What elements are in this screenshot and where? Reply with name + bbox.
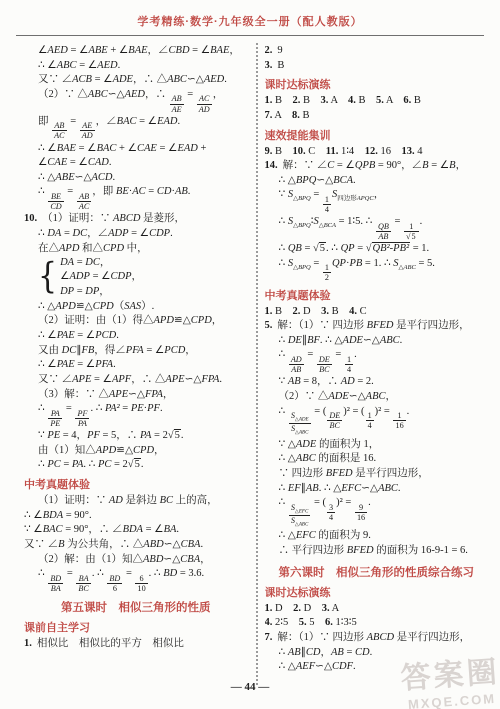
- solution-line: ∴ S△ADES△ABC = (DEBC)² = (14)² = 116.: [279, 405, 489, 437]
- section-header: 课时达标演练: [265, 76, 489, 92]
- answer-line: 1. D 2. D 3. A: [265, 602, 489, 616]
- solution-line: （3）解：∵ △APE∽△FPA，: [38, 388, 248, 402]
- solution-line: ∴ ∠BAE = ∠BAC + ∠CAE = ∠EAD +: [38, 142, 248, 156]
- solution-line: ∴ △APD≌△CPD（SAS）.: [38, 300, 248, 314]
- fraction: QBAB: [376, 222, 391, 241]
- fraction: 14: [323, 195, 331, 214]
- radical: √5: [406, 231, 417, 241]
- lesson-title: 第六课时 相似三角形的性质综合练习: [265, 564, 489, 580]
- answer-line: 1. B 2. D 3. B 4. C: [265, 305, 489, 319]
- solution-line: 5.解：（1）∵ 四边形 BFED 是平行四边形，: [265, 319, 489, 333]
- solution-line: （1）证明：∵ AD 是斜边 BC 上的高，: [38, 494, 248, 508]
- solution-line: （2）∵ △ABC∽△AED，∴ ABAE = ACAD，: [38, 88, 248, 114]
- fraction: AEAD: [80, 121, 95, 140]
- fraction: PAPE: [48, 409, 62, 428]
- watermark-brand: 答案圈: [399, 647, 500, 698]
- fraction: 14: [345, 355, 353, 374]
- book-title: 学考精练·数学·九年级全一册（配人教版）: [0, 0, 500, 29]
- solution-line: ∵ S△BPQ = 14S四边形APQC，: [279, 188, 489, 214]
- left-brace: {: [38, 260, 57, 295]
- solution-line: ∴ DE∥BF. ∴ △ADE∽△ABC.: [279, 334, 489, 348]
- solution-line: ∵ AB = 8，∴ AD = 2.: [279, 375, 489, 389]
- section-header: 课前自主学习: [24, 619, 248, 635]
- equation-line: DA = DC，: [60, 256, 142, 270]
- item-number: 10.: [24, 213, 37, 224]
- solution-line: 10.（1）证明：∵ ABCD 是菱形，: [24, 212, 248, 226]
- solution-line: ∴ PC = PA. ∴ PC = 2√5.: [38, 458, 248, 472]
- answer-line: 3.B: [265, 59, 489, 73]
- solution-line: 又∵ ∠B 为公共角，∴ △ABD∽△CBA.: [24, 538, 248, 552]
- fraction: ABAC: [52, 121, 66, 140]
- fraction: 12: [323, 263, 331, 282]
- fraction: 916: [355, 503, 367, 522]
- fraction: S△ADES△ABC: [289, 411, 311, 437]
- solution-line: 由（1）知△APD≌△CPD，: [38, 444, 248, 458]
- fraction: DEBC: [327, 411, 342, 430]
- fraction: BABC: [76, 574, 90, 593]
- solution-line: ∴ △ABE∽△ACD.: [38, 171, 248, 185]
- solution-line: ∵ ∠BAC = 90°，∴ ∠BDA = ∠BA.: [24, 523, 248, 537]
- fraction: ADAB: [289, 355, 304, 374]
- solution-line: （2）证明：由（1）得△APD≌△CPD，: [38, 314, 248, 328]
- fraction: ABAC: [77, 192, 91, 211]
- solution-line: ∴ BDBA = BABC. ∴ BD6 = 610. ∴ BD = 3.6.: [38, 567, 248, 593]
- page-number: — 44 —: [231, 681, 270, 693]
- page-header: 学考精练·数学·九年级全一册（配人教版）: [0, 0, 500, 36]
- radical: √5: [128, 458, 141, 470]
- solution-line: ∠CAE = ∠CAD.: [38, 156, 248, 170]
- solution-line: （2）解：由（1）知△ABD∽△CBA，: [38, 553, 248, 567]
- workbook-answer-page: 学考精练·数学·九年级全一册（配人教版） ∠AED = ∠ABE + ∠BAE，…: [0, 0, 500, 709]
- fraction: PFPA: [75, 409, 89, 428]
- solution-line: ∵ △ADE 的面积为 1，: [279, 438, 489, 452]
- watermark: 答案圈 MXQE.COM: [399, 647, 500, 709]
- solution-line: ∴ ∠PAE = ∠PCD.: [38, 329, 248, 343]
- item-number: 2.: [265, 45, 273, 56]
- solution-line: ∴ △EFC 的面积为 9.: [279, 529, 489, 543]
- item-number: 1.: [24, 638, 32, 649]
- answer-line: 4. 2∶5 5. 5 6. 1∶3∶5: [265, 616, 489, 630]
- fraction: 116: [393, 411, 405, 430]
- content-columns: ∠AED = ∠ABE + ∠BAE，∠CBD = ∠BAE，∴ ∠ABC = …: [0, 36, 500, 685]
- solution-line: ∴ EF∥AB. ∴ △EFC∽△ABC.: [279, 482, 489, 496]
- fraction: 1√5: [404, 222, 419, 241]
- fraction: BECD: [48, 192, 63, 211]
- solution-line: ∴ S△BPQ = 12QP·PB = 1. ∴ S△ABC = 5.: [279, 257, 489, 283]
- solution-line: ∴ DA = DC，∠ADP = ∠CDP.: [38, 227, 248, 241]
- solution-line: 14.解：∵ ∠C = ∠QPB = 90°，∠B = ∠B，: [265, 159, 489, 173]
- solution-line: ∴ QB = √5. ∴ QP = √QB²-PB² = 1.: [279, 242, 489, 256]
- answer-line: 1.相似比 相似比的平方 相似比: [24, 637, 248, 651]
- solution-line: ∴ 平行四边形 BFED 的面积为 16-9-1 = 6.: [279, 544, 489, 558]
- fraction: BD6: [107, 574, 122, 593]
- solution-line: 即 ABAC = AEAD，∠BAC = ∠EAD.: [38, 115, 248, 141]
- solution-line: ∴ S△EFCS△ABC = (34)² = 916.: [279, 496, 489, 528]
- solution-line: ∵ PE = 4，PF = 5，∴ PA = 2√5.: [38, 429, 248, 443]
- item-number: 3.: [265, 60, 273, 71]
- solution-line: ∴ PAPE = PFPA. ∴ PA² = PE·PF.: [38, 402, 248, 428]
- section-header: 速效提能集训: [265, 127, 489, 143]
- answer-line: 2.9: [265, 44, 489, 58]
- equation-system: {DA = DC，∠ADP = ∠CDP，DP = DP，: [38, 256, 248, 299]
- fraction: ABAE: [170, 94, 184, 113]
- solution-line: ∴ △ABC 的面积是 16.: [279, 452, 489, 466]
- lesson-title: 第五课时 相似三角形的性质: [24, 599, 248, 615]
- fraction: BDBA: [48, 574, 63, 593]
- answer-line: 9. B 10. C 11. 1∶4 12. 16 13. 4: [265, 145, 489, 159]
- section-header: 中考真题体验: [24, 476, 248, 492]
- answer-line: 1. B 2. B 3. A 4. B 5. A 6. B: [265, 94, 489, 108]
- solution-line: 在△APD 和△CPD 中，: [38, 242, 248, 256]
- solution-line: ∴ △BPQ∽△BCA.: [279, 174, 489, 188]
- solution-line: 又由 DC∥FB，得∠PFA = ∠PCD，: [38, 344, 248, 358]
- solution-line: 又∵ ∠ACB = ∠ADE，∴ △ABC∽△AED.: [38, 73, 248, 87]
- solution-line: ∴ ∠BDA = 90°.: [24, 509, 248, 523]
- equation-line: ∠ADP = ∠CDP，: [60, 270, 142, 284]
- equation-line: DP = DP，: [60, 285, 142, 299]
- fraction: ACAD: [197, 94, 212, 113]
- item-number: 7.: [265, 632, 273, 643]
- solution-line: ∵ 四边形 BFED 是平行四边形，: [279, 467, 489, 481]
- radical: √5: [313, 242, 326, 254]
- left-column: ∠AED = ∠ABE + ∠BAE，∠CBD = ∠BAE，∴ ∠ABC = …: [24, 43, 248, 652]
- solution-line: ∴ BECD = ABAC，即 BE·AC = CD·AB.: [38, 185, 248, 211]
- solution-line: 7.解：（1）∵ 四边形 ABCD 是平行四边形，: [265, 631, 489, 645]
- solution-line: ∴ ∠PAE = ∠PFA.: [38, 358, 248, 372]
- solution-line: ∴ ADAB = DEBC = 14.: [279, 348, 489, 374]
- solution-line: ∴ S△BPQ∶S△BCA = 1∶5. ∴ QBAB = 1√5.: [279, 215, 489, 241]
- solution-line: ∴ ∠ABC = ∠AED.: [38, 59, 248, 73]
- fraction: 34: [327, 503, 335, 522]
- item-number: 5.: [265, 320, 273, 331]
- column-divider: [256, 43, 258, 685]
- right-column: 2.93.B课时达标演练1. B 2. B 3. A 4. B 5. A 6. …: [265, 43, 489, 675]
- item-number: 14.: [265, 160, 278, 171]
- section-header: 中考真题体验: [265, 287, 489, 303]
- section-header: 课时达标演练: [265, 584, 489, 600]
- radical: √QB²-PB²: [366, 242, 410, 254]
- solution-line: （2）∵ △ADE∽△ABC，: [279, 390, 489, 404]
- solution-line: 又∵ ∠APE = ∠APF，∴ △APE∽△FPA.: [38, 373, 248, 387]
- fraction: 610: [135, 574, 147, 593]
- fraction: S△EFCS△ABC: [289, 503, 311, 529]
- radical: √5: [168, 429, 181, 441]
- fraction: 14: [366, 411, 374, 430]
- answer-line: 7. A 8. B: [265, 109, 489, 123]
- fraction: DEBC: [317, 355, 332, 374]
- solution-line: ∠AED = ∠ABE + ∠BAE，∠CBD = ∠BAE，: [38, 44, 248, 58]
